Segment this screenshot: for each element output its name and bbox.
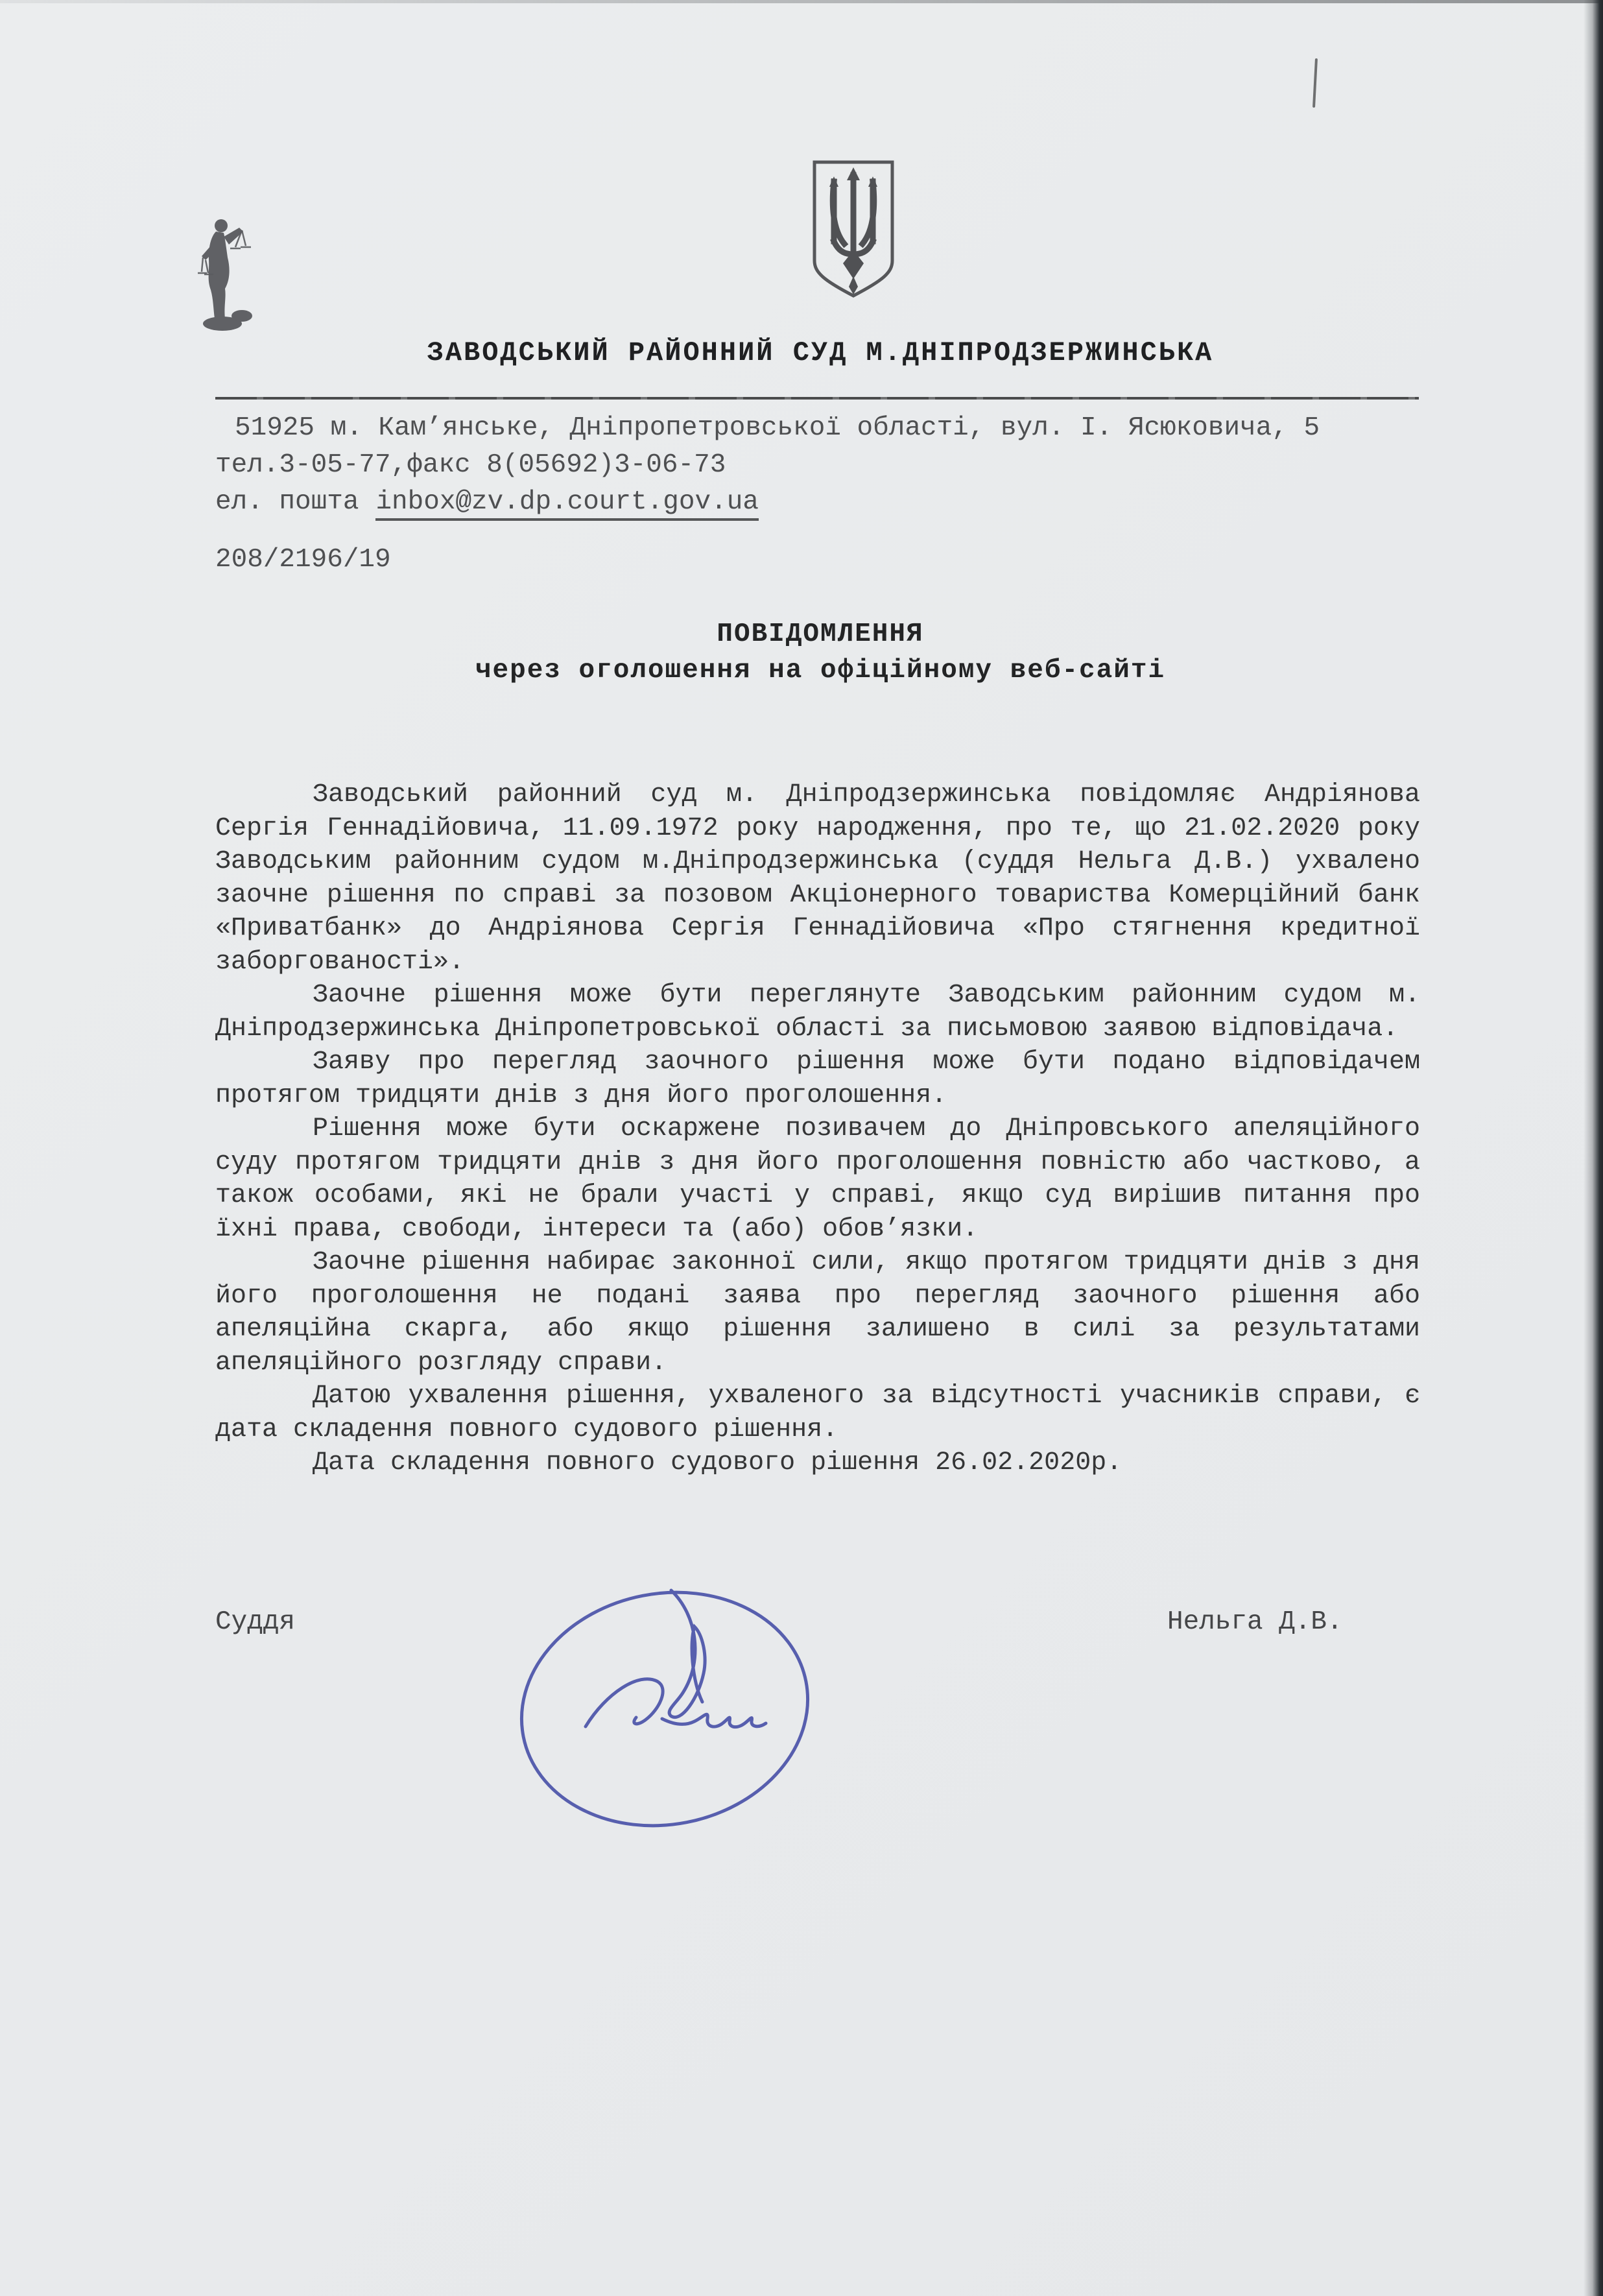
signature-label: Суддя [215,1607,295,1637]
body-paragraph: Заяву про перегляд заочного рішення може… [215,1046,1420,1112]
court-name-heading: ЗАВОДСЬКИЙ РАЙОННИЙ СУД М.ДНІПРОДЗЕРЖИНС… [214,337,1427,368]
document-title-line2: через оголошення на офіційному веб-сайті [214,652,1427,689]
court-email-line: ел. поштаinbox@zv.dp.court.gov.ua [215,484,1320,521]
body-paragraph: Заводський районний суд м. Дніпродзержин… [215,778,1420,979]
court-contact-block: 51925 м. Кам’янське, Дніпропетровської о… [215,410,1320,521]
lady-justice-figurine-icon [191,217,260,334]
header-divider [215,397,1419,400]
judge-name: Нельга Д.В. [1167,1607,1343,1637]
body-paragraph: Дата складення повного судового рішення … [215,1446,1420,1480]
ukraine-trident-emblem-icon [809,158,897,300]
case-number: 208/2196/19 [215,545,391,575]
court-email: inbox@zv.dp.court.gov.ua [375,487,759,521]
scanned-court-notice-page: ЗАВОДСЬКИЙ РАЙОННИЙ СУД М.ДНІПРОДЗЕРЖИНС… [0,0,1603,2296]
document-title: ПОВІДОМЛЕННЯ через оголошення на офіційн… [214,616,1427,689]
body-paragraph: Рішення може бути оскаржене позивачем до… [215,1112,1420,1246]
scan-edge-shadow [1584,0,1603,2296]
judge-signature-ink [509,1557,837,1845]
court-address: 51925 м. Кам’янське, Дніпропетровської о… [215,410,1320,447]
notice-body: Заводський районний суд м. Дніпродзержин… [215,778,1420,1480]
email-label: ел. пошта [215,487,359,517]
body-paragraph: Заочне рішення набирає законної сили, як… [215,1246,1420,1380]
body-paragraph: Заочне рішення може бути переглянуте Зав… [215,979,1420,1046]
body-paragraph: Датою ухвалення рішення, ухваленого за в… [215,1380,1420,1446]
pen-stroke-mark [1312,58,1318,108]
court-phone-fax: тел.3-05-77,факс 8(05692)3-06-73 [215,447,1320,484]
document-title-line1: ПОВІДОМЛЕННЯ [214,616,1427,652]
